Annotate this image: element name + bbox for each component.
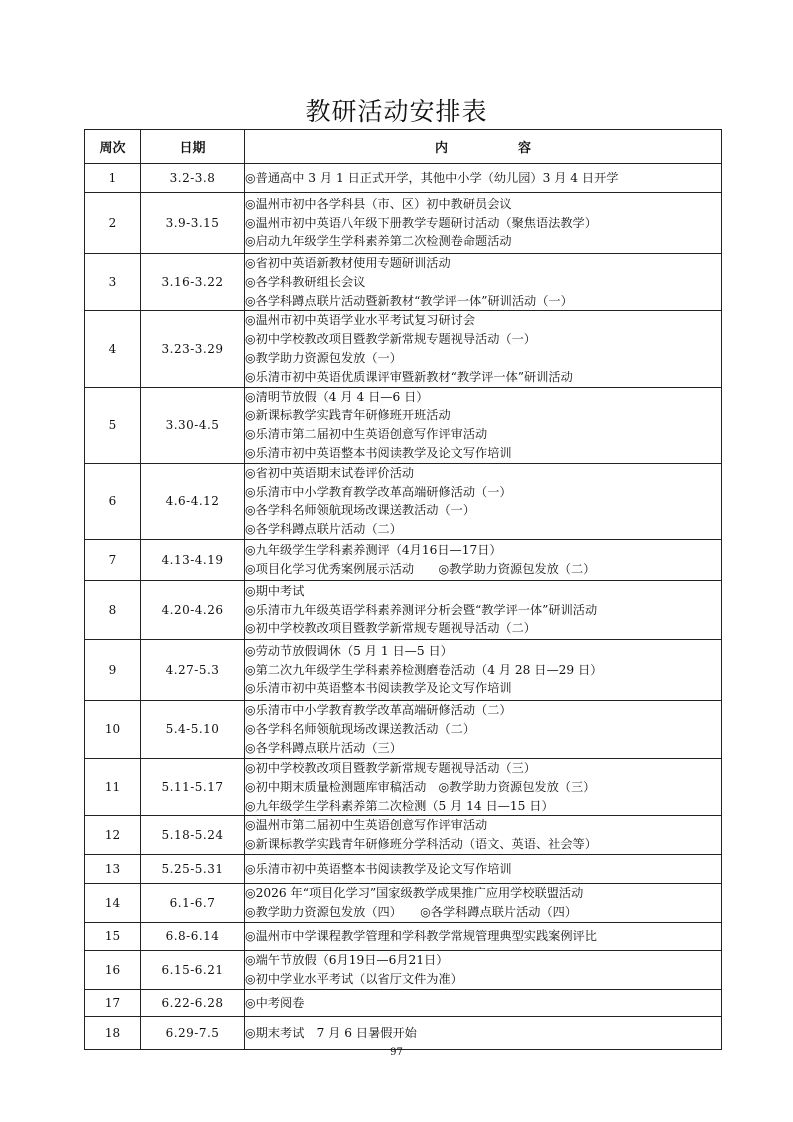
date-cell: 6.1-6.7 bbox=[141, 883, 245, 922]
activity-item: ◎端午节放假（6月19日—6月21日） bbox=[245, 951, 721, 970]
activity-item: ◎初中学校教改项目暨教学新常规专题视导活动（二） bbox=[245, 619, 721, 638]
activity-item: ◎乐清市中小学教育教学改革高端研修活动（一） bbox=[245, 483, 721, 502]
activity-item: ◎劳动节放假调休（5 月 1 日—5 日） bbox=[245, 642, 721, 661]
activity-item: ◎温州市初中英语八年级下册教学专题研讨活动（聚焦语法教学） bbox=[245, 214, 721, 233]
date-cell: 6.8-6.14 bbox=[141, 922, 245, 950]
content-cell: ◎温州市初中英语学业水平考试复习研讨会◎初中学校教改项目暨教学新常规专题视导活动… bbox=[245, 311, 722, 387]
week-cell: 7 bbox=[85, 539, 141, 580]
table-row: 94.27-5.3◎劳动节放假调休（5 月 1 日—5 日）◎第二次九年级学生学… bbox=[85, 639, 722, 700]
week-cell: 10 bbox=[85, 700, 141, 758]
activity-item: ◎新课标教学实践青年研修班分学科活动（语文、英语、社会等） bbox=[245, 835, 721, 854]
date-cell: 3.16-3.22 bbox=[141, 254, 245, 311]
week-cell: 18 bbox=[85, 1016, 141, 1049]
activity-item: ◎启动九年级学生学科素养第二次检测卷命题活动 bbox=[245, 232, 721, 251]
activity-item: ◎乐清市初中英语整本书阅读教学及论文写作培训 bbox=[245, 860, 721, 879]
date-cell: 4.20-4.26 bbox=[141, 580, 245, 639]
content-cell: ◎期末考试 7 月 6 日暑假开始 bbox=[245, 1016, 722, 1049]
table-row: 186.29-7.5◎期末考试 7 月 6 日暑假开始 bbox=[85, 1016, 722, 1049]
table-row: 84.20-4.26◎期中考试◎乐清市九年级英语学科素养测评分析会暨“教学评一体… bbox=[85, 580, 722, 639]
date-cell: 3.23-3.29 bbox=[141, 311, 245, 387]
activity-item: ◎乐清市中小学教育教学改革高端研修活动（二） bbox=[245, 701, 721, 720]
week-cell: 5 bbox=[85, 387, 141, 463]
activity-item: ◎第二次九年级学生学科素养检测磨卷活动（4 月 28 日—29 日） bbox=[245, 661, 721, 680]
activity-item: ◎省初中英语新教材使用专题研训活动 bbox=[245, 254, 721, 273]
week-cell: 15 bbox=[85, 922, 141, 950]
date-cell: 6.29-7.5 bbox=[141, 1016, 245, 1049]
content-cell: ◎省初中英语新教材使用专题研训活动◎各学科教研组长会议◎各学科蹲点联片活动暨新教… bbox=[245, 254, 722, 311]
date-cell: 5.4-5.10 bbox=[141, 700, 245, 758]
date-cell: 6.22-6.28 bbox=[141, 989, 245, 1016]
activity-item: ◎乐清市第二届初中生英语创意写作评审活动 bbox=[245, 425, 721, 444]
content-cell: ◎初中学校教改项目暨教学新常规专题视导活动（三）◎初中期末质量检测题库审稿活动 … bbox=[245, 758, 722, 815]
activity-item: ◎中考阅卷 bbox=[245, 994, 721, 1013]
page-number: 97 bbox=[0, 1047, 793, 1058]
activity-item: ◎期中考试 bbox=[245, 582, 721, 601]
activity-item: ◎初中学业水平考试（以省厅文件为准） bbox=[245, 970, 721, 989]
header-week: 周次 bbox=[85, 130, 141, 164]
activity-item: ◎九年级学生学科素养第二次检测（5 月 14 日—15 日） bbox=[245, 797, 721, 816]
activity-item: ◎新课标教学实践青年研修班开班活动 bbox=[245, 406, 721, 425]
content-cell: ◎清明节放假（4 月 4 日—6 日）◎新课标教学实践青年研修班开班活动◎乐清市… bbox=[245, 387, 722, 463]
week-cell: 13 bbox=[85, 854, 141, 883]
table-row: 74.13-4.19◎九年级学生学科素养测评（4月16日—17日）◎项目化学习优… bbox=[85, 539, 722, 580]
activity-item: ◎清明节放假（4 月 4 日—6 日） bbox=[245, 388, 721, 407]
week-cell: 3 bbox=[85, 254, 141, 311]
content-cell: ◎乐清市初中英语整本书阅读教学及论文写作培训 bbox=[245, 854, 722, 883]
activity-item: ◎乐清市初中英语整本书阅读教学及论文写作培训 bbox=[245, 679, 721, 698]
activity-item: ◎期末考试 7 月 6 日暑假开始 bbox=[245, 1024, 721, 1043]
activity-item: ◎2026 年“项目化学习”国家级教学成果推广应用学校联盟活动 bbox=[245, 884, 721, 903]
week-cell: 16 bbox=[85, 950, 141, 989]
week-cell: 11 bbox=[85, 758, 141, 815]
week-cell: 1 bbox=[85, 164, 141, 193]
activity-item: ◎教学助力资源包发放（一） bbox=[245, 349, 721, 368]
activity-item: ◎各学科教研组长会议 bbox=[245, 273, 721, 292]
table-row: 135.25-5.31◎乐清市初中英语整本书阅读教学及论文写作培训 bbox=[85, 854, 722, 883]
activity-item: ◎各学科蹲点联片活动（三） bbox=[245, 739, 721, 758]
activity-item: ◎温州市初中各学科县（市、区）初中教研员会议 bbox=[245, 195, 721, 214]
activity-item: ◎九年级学生学科素养测评（4月16日—17日） bbox=[245, 541, 721, 560]
activity-item: ◎各学科名师领航现场改课送教活动（二） bbox=[245, 720, 721, 739]
table-row: 115.11-5.17◎初中学校教改项目暨教学新常规专题视导活动（三）◎初中期末… bbox=[85, 758, 722, 815]
date-cell: 5.18-5.24 bbox=[141, 816, 245, 855]
activity-item: ◎初中学校教改项目暨教学新常规专题视导活动（三） bbox=[245, 759, 721, 778]
activity-item: ◎初中期末质量检测题库审稿活动 ◎教学助力资源包发放（三） bbox=[245, 778, 721, 797]
activity-item: ◎乐清市九年级英语学科素养测评分析会暨“教学评一体”研训活动 bbox=[245, 601, 721, 620]
table-row: 64.6-4.12◎省初中英语期末试卷评价活动◎乐清市中小学教育教学改革高端研修… bbox=[85, 463, 722, 539]
activity-item: ◎各学科蹲点联片活动暨新教材“教学评一体”研训活动（一） bbox=[245, 292, 721, 311]
header-date: 日期 bbox=[141, 130, 245, 164]
table-row: 23.9-3.15◎温州市初中各学科县（市、区）初中教研员会议◎温州市初中英语八… bbox=[85, 193, 722, 254]
content-cell: ◎中考阅卷 bbox=[245, 989, 722, 1016]
date-cell: 5.25-5.31 bbox=[141, 854, 245, 883]
table-row: 105.4-5.10◎乐清市中小学教育教学改革高端研修活动（二）◎各学科名师领航… bbox=[85, 700, 722, 758]
date-cell: 5.11-5.17 bbox=[141, 758, 245, 815]
activity-item: ◎省初中英语期末试卷评价活动 bbox=[245, 464, 721, 483]
table-row: 166.15-6.21◎端午节放假（6月19日—6月21日）◎初中学业水平考试（… bbox=[85, 950, 722, 989]
content-cell: ◎劳动节放假调休（5 月 1 日—5 日）◎第二次九年级学生学科素养检测磨卷活动… bbox=[245, 639, 722, 700]
week-cell: 8 bbox=[85, 580, 141, 639]
activity-item: ◎乐清市初中英语整本书阅读教学及论文写作培训 bbox=[245, 444, 721, 463]
week-cell: 2 bbox=[85, 193, 141, 254]
content-cell: ◎省初中英语期末试卷评价活动◎乐清市中小学教育教学改革高端研修活动（一）◎各学科… bbox=[245, 463, 722, 539]
content-cell: ◎九年级学生学科素养测评（4月16日—17日）◎项目化学习优秀案例展示活动 ◎教… bbox=[245, 539, 722, 580]
table-row: 146.1-6.7◎2026 年“项目化学习”国家级教学成果推广应用学校联盟活动… bbox=[85, 883, 722, 922]
table-header-row: 周次 日期 内容 bbox=[85, 130, 722, 164]
activity-item: ◎温州市第二届初中生英语创意写作评审活动 bbox=[245, 816, 721, 835]
date-cell: 6.15-6.21 bbox=[141, 950, 245, 989]
activity-item: ◎温州市初中英语学业水平考试复习研讨会 bbox=[245, 311, 721, 330]
activity-item: ◎教学助力资源包发放（四） ◎各学科蹲点联片活动（四） bbox=[245, 903, 721, 922]
header-content-b: 容 bbox=[518, 141, 531, 156]
content-cell: ◎期中考试◎乐清市九年级英语学科素养测评分析会暨“教学评一体”研训活动◎初中学校… bbox=[245, 580, 722, 639]
week-cell: 14 bbox=[85, 883, 141, 922]
table-row: 156.8-6.14◎温州市中学课程教学管理和学科教学常规管理典型实践案例评比 bbox=[85, 922, 722, 950]
activity-item: ◎温州市中学课程教学管理和学科教学常规管理典型实践案例评比 bbox=[245, 927, 721, 946]
week-cell: 6 bbox=[85, 463, 141, 539]
table-row: 13.2-3.8◎普通高中 3 月 1 日正式开学，其他中小学（幼儿园）3 月 … bbox=[85, 164, 722, 193]
activity-item: ◎乐清市初中英语优质课评审暨新教材“教学评一体”研训活动 bbox=[245, 368, 721, 387]
header-content: 内容 bbox=[245, 130, 722, 164]
activity-item: ◎各学科名师领航现场改课送教活动（一） bbox=[245, 501, 721, 520]
week-cell: 17 bbox=[85, 989, 141, 1016]
date-cell: 4.27-5.3 bbox=[141, 639, 245, 700]
content-cell: ◎乐清市中小学教育教学改革高端研修活动（二）◎各学科名师领航现场改课送教活动（二… bbox=[245, 700, 722, 758]
content-cell: ◎温州市初中各学科县（市、区）初中教研员会议◎温州市初中英语八年级下册教学专题研… bbox=[245, 193, 722, 254]
schedule-table: 周次 日期 内容 13.2-3.8◎普通高中 3 月 1 日正式开学，其他中小学… bbox=[84, 129, 722, 1050]
week-cell: 12 bbox=[85, 816, 141, 855]
content-cell: ◎温州市中学课程教学管理和学科教学常规管理典型实践案例评比 bbox=[245, 922, 722, 950]
content-cell: ◎端午节放假（6月19日—6月21日）◎初中学业水平考试（以省厅文件为准） bbox=[245, 950, 722, 989]
header-content-a: 内 bbox=[435, 141, 448, 156]
content-cell: ◎普通高中 3 月 1 日正式开学，其他中小学（幼儿园）3 月 4 日开学 bbox=[245, 164, 722, 193]
activity-item: ◎项目化学习优秀案例展示活动 ◎教学助力资源包发放（二） bbox=[245, 560, 721, 579]
content-cell: ◎温州市第二届初中生英语创意写作评审活动◎新课标教学实践青年研修班分学科活动（语… bbox=[245, 816, 722, 855]
page-title: 教研活动安排表 bbox=[0, 92, 793, 128]
date-cell: 3.2-3.8 bbox=[141, 164, 245, 193]
date-cell: 4.6-4.12 bbox=[141, 463, 245, 539]
week-cell: 4 bbox=[85, 311, 141, 387]
date-cell: 3.9-3.15 bbox=[141, 193, 245, 254]
activity-item: ◎初中学校教改项目暨教学新常规专题视导活动（一） bbox=[245, 330, 721, 349]
table-row: 33.16-3.22◎省初中英语新教材使用专题研训活动◎各学科教研组长会议◎各学… bbox=[85, 254, 722, 311]
week-cell: 9 bbox=[85, 639, 141, 700]
table-row: 125.18-5.24◎温州市第二届初中生英语创意写作评审活动◎新课标教学实践青… bbox=[85, 816, 722, 855]
date-cell: 3.30-4.5 bbox=[141, 387, 245, 463]
table-row: 53.30-4.5◎清明节放假（4 月 4 日—6 日）◎新课标教学实践青年研修… bbox=[85, 387, 722, 463]
date-cell: 4.13-4.19 bbox=[141, 539, 245, 580]
content-cell: ◎2026 年“项目化学习”国家级教学成果推广应用学校联盟活动◎教学助力资源包发… bbox=[245, 883, 722, 922]
activity-item: ◎各学科蹲点联片活动（二） bbox=[245, 520, 721, 539]
table-row: 43.23-3.29◎温州市初中英语学业水平考试复习研讨会◎初中学校教改项目暨教… bbox=[85, 311, 722, 387]
activity-item: ◎普通高中 3 月 1 日正式开学，其他中小学（幼儿园）3 月 4 日开学 bbox=[245, 169, 721, 188]
table-row: 176.22-6.28◎中考阅卷 bbox=[85, 989, 722, 1016]
